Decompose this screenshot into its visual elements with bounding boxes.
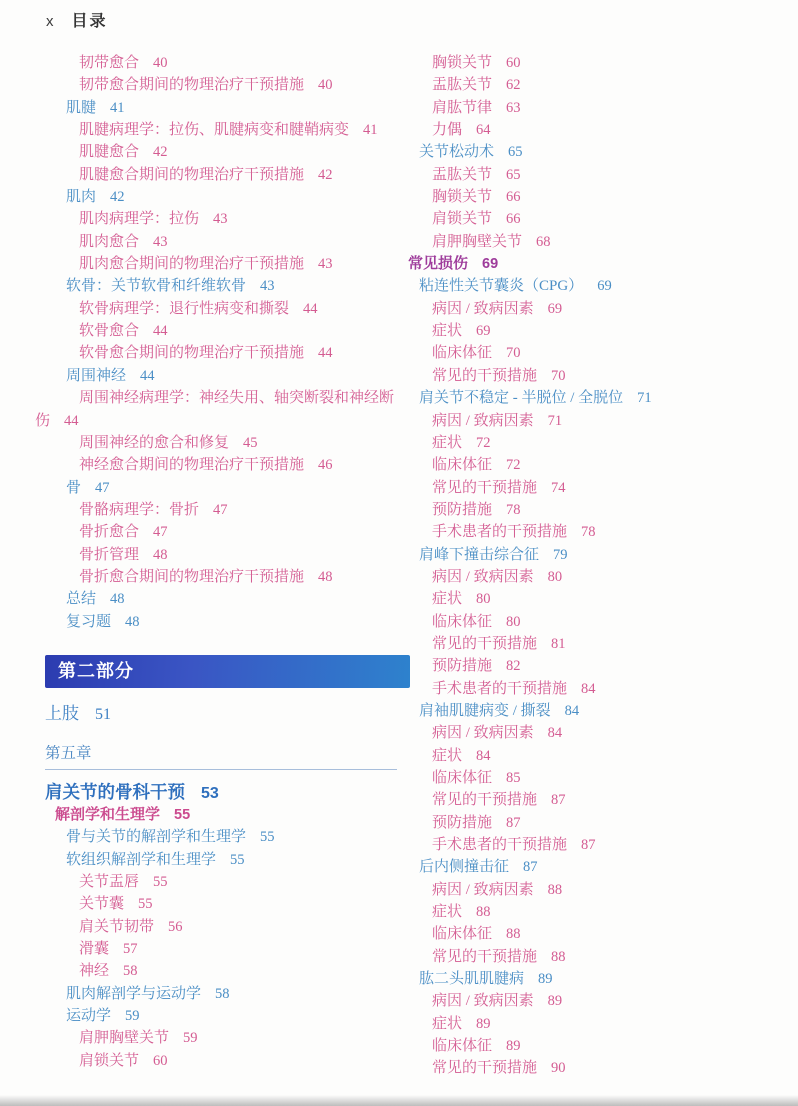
toc-entry-page: 48 (125, 614, 140, 630)
toc-entry-page: 48 (318, 569, 333, 585)
toc-entry-label: 肌腱愈合 (79, 144, 139, 160)
toc-entry: 症状84 (398, 745, 770, 767)
part-title-page: 51 (95, 706, 111, 723)
toc-entry-label: 骨骼病理学：骨折 (79, 502, 199, 518)
toc-entry: 肌腱病理学：拉伤、肌腱病变和腱鞘病变41 (45, 119, 397, 141)
toc-entry: 肩胛胸壁关节59 (45, 1027, 397, 1049)
toc-entry: 症状88 (398, 901, 770, 923)
toc-entry-label: 软骨愈合 (79, 323, 139, 339)
toc-entry: 运动学59 (45, 1005, 397, 1027)
toc-entry-label: 病因 / 致病因素 (432, 569, 534, 585)
toc-entry: 常见的干预措施90 (398, 1057, 770, 1079)
toc-entry-page: 85 (506, 770, 521, 786)
toc-entry-page: 44 (153, 323, 168, 339)
toc-entry-label: 软骨：关节软骨和纤维软骨 (66, 278, 246, 294)
toc-entry-label: 症状 (432, 323, 462, 339)
toc-entry: 常见损伤69 (398, 253, 770, 275)
toc-entry: 关节盂唇55 (45, 871, 397, 893)
toc-entry: 骨骼病理学：骨折47 (45, 499, 397, 521)
toc-entry: 软骨病理学：退行性病变和撕裂44 (45, 298, 397, 320)
toc-entry-label: 肌腱 (66, 100, 96, 116)
toc-page: x 目录 韧带愈合40韧带愈合期间的物理治疗干预措施40肌腱41肌腱病理学：拉伤… (0, 0, 798, 1106)
toc-entry-page: 46 (318, 457, 333, 473)
toc-entry: 胸锁关节66 (398, 186, 770, 208)
toc-entry: 肩袖肌腱病变 / 撕裂84 (398, 700, 770, 722)
toc-entry-page: 84 (548, 725, 563, 741)
toc-entry: 临床体征80 (398, 611, 770, 633)
toc-entry-page: 82 (506, 658, 521, 674)
toc-entry-label: 常见的干预措施 (432, 949, 537, 965)
toc-entry: 盂肱关节62 (398, 74, 770, 96)
toc-entry-page: 88 (476, 904, 491, 920)
toc-entry: 肩峰下撞击综合征79 (398, 544, 770, 566)
toc-entry-label: 症状 (432, 591, 462, 607)
toc-entry-page: 48 (110, 591, 125, 607)
toc-entry-page: 42 (153, 144, 168, 160)
toc-entry-label: 症状 (432, 748, 462, 764)
toc-entry-label: 预防措施 (432, 502, 492, 518)
toc-entry-label: 关节盂唇 (79, 874, 139, 890)
part-banner: 第二部分 (45, 655, 410, 688)
toc-entry-page: 71 (548, 413, 563, 429)
toc-entry-label: 后内侧撞击征 (419, 859, 509, 875)
toc-entry-label: 常见的干预措施 (432, 636, 537, 652)
toc-entry-page: 68 (536, 234, 551, 250)
toc-entry: 复习题48 (45, 611, 397, 633)
toc-entry-page: 87 (551, 792, 566, 808)
toc-entry: 后内侧撞击征87 (398, 856, 770, 878)
toc-entry-label: 骨折愈合期间的物理治疗干预措施 (79, 569, 304, 585)
toc-entry-page: 44 (303, 301, 318, 317)
toc-entry: 症状72 (398, 432, 770, 454)
toc-entry: 关节囊55 (45, 893, 397, 915)
toc-entry: 韧带愈合40 (45, 52, 397, 74)
toc-entry-page: 70 (506, 345, 521, 361)
toc-entry-label: 肌肉愈合期间的物理治疗干预措施 (79, 256, 304, 272)
toc-entry: 症状89 (398, 1013, 770, 1035)
toc-entry-label: 临床体征 (432, 926, 492, 942)
toc-entry-label: 力偶 (432, 122, 462, 138)
toc-entry: 临床体征89 (398, 1035, 770, 1057)
toc-entry-label: 病因 / 致病因素 (432, 725, 534, 741)
toc-entry: 解剖学和生理学55 (45, 804, 397, 826)
toc-entry-page: 79 (553, 547, 568, 563)
toc-entry-page: 80 (548, 569, 563, 585)
toc-entry: 骨47 (45, 477, 397, 499)
toc-entry-page: 59 (125, 1008, 140, 1024)
toc-entry-label: 肌腱愈合期间的物理治疗干预措施 (79, 167, 304, 183)
toc-entry: 手术患者的干预措施84 (398, 678, 770, 700)
toc-entry-page: 89 (548, 993, 563, 1009)
toc-entry: 周围神经的愈合和修复45 (45, 432, 397, 454)
toc-entry-label: 肩胛胸壁关节 (79, 1030, 169, 1046)
toc-entry-page: 84 (476, 748, 491, 764)
toc-entry-label: 临床体征 (432, 1038, 492, 1054)
toc-entry-label: 周围神经病理学：神经失用、轴突断裂和神经断伤 (35, 390, 394, 428)
toc-entry-page: 47 (213, 502, 228, 518)
toc-entry: 骨折愈合期间的物理治疗干预措施48 (45, 566, 397, 588)
toc-entry-label: 肌肉愈合 (79, 234, 139, 250)
toc-entry-page: 43 (213, 211, 228, 227)
toc-entry-label: 运动学 (66, 1008, 111, 1024)
page-folio: x (46, 13, 54, 30)
toc-entry-label: 神经愈合期间的物理治疗干预措施 (79, 457, 304, 473)
toc-entry: 软骨：关节软骨和纤维软骨43 (45, 275, 397, 297)
toc-entry-label: 周围神经 (66, 368, 126, 384)
toc-entry-label: 滑囊 (79, 941, 109, 957)
toc-entry: 常见的干预措施87 (398, 789, 770, 811)
toc-entry: 骨折管理48 (45, 544, 397, 566)
toc-entry-page: 58 (123, 963, 138, 979)
toc-entry-page: 88 (551, 949, 566, 965)
toc-entry: 肌肉解剖学与运动学58 (45, 983, 397, 1005)
toc-entry: 病因 / 致病因素80 (398, 566, 770, 588)
toc-entry: 手术患者的干预措施78 (398, 521, 770, 543)
page-bottom-scan-shadow (0, 1095, 798, 1106)
toc-entry-label: 关节松动术 (419, 144, 494, 160)
toc-entry-label: 肩肱节律 (432, 100, 492, 116)
toc-entry-page: 71 (637, 390, 652, 406)
toc-entry: 病因 / 致病因素89 (398, 990, 770, 1012)
toc-entry-label: 盂肱关节 (432, 167, 492, 183)
toc-entry-label: 常见的干预措施 (432, 1060, 537, 1076)
toc-entry-page: 87 (506, 815, 521, 831)
toc-entry: 症状80 (398, 588, 770, 610)
toc-entry-page: 88 (506, 926, 521, 942)
toc-entry: 神经愈合期间的物理治疗干预措施46 (45, 454, 397, 476)
toc-entry: 肌肉42 (45, 186, 397, 208)
toc-entry: 病因 / 致病因素84 (398, 722, 770, 744)
toc-entry-label: 常见的干预措施 (432, 368, 537, 384)
toc-entry-label: 盂肱关节 (432, 77, 492, 93)
toc-entry-label: 常见的干预措施 (432, 792, 537, 808)
toc-entry-label: 骨 (66, 480, 81, 496)
toc-entry-label: 总结 (66, 591, 96, 607)
toc-entry-page: 69 (548, 301, 563, 317)
toc-entry-page: 56 (168, 919, 183, 935)
toc-entry: 肌腱41 (45, 97, 397, 119)
toc-entry: 骨与关节的解剖学和生理学55 (45, 826, 397, 848)
toc-entry-page: 43 (318, 256, 333, 272)
toc-entry-label: 常见损伤 (408, 255, 468, 272)
toc-entry-page: 59 (183, 1030, 198, 1046)
toc-entry-page: 69 (476, 323, 491, 339)
toc-entry: 常见的干预措施81 (398, 633, 770, 655)
toc-entry-label: 病因 / 致病因素 (432, 882, 534, 898)
toc-entry-label: 手术患者的干预措施 (432, 681, 567, 697)
part-title: 上肢51 (45, 699, 397, 724)
toc-entry: 滑囊57 (45, 938, 397, 960)
toc-entry-label: 胸锁关节 (432, 55, 492, 71)
toc-entry: 关节松动术65 (398, 141, 770, 163)
toc-entry-page: 43 (260, 278, 275, 294)
toc-entry-label: 临床体征 (432, 345, 492, 361)
toc-entry-page: 41 (363, 122, 378, 138)
part-title-label: 上肢 (45, 704, 79, 723)
toc-entry: 肌肉病理学：拉伤43 (45, 208, 397, 230)
toc-entry-page: 55 (260, 829, 275, 845)
toc-entry-page: 41 (110, 100, 125, 116)
toc-entry: 胸锁关节60 (398, 52, 770, 74)
toc-entry-page: 89 (506, 1038, 521, 1054)
toc-entry-page: 60 (506, 55, 521, 71)
toc-entry-page: 80 (506, 614, 521, 630)
toc-entry-page: 89 (476, 1016, 491, 1032)
toc-entry-page: 66 (506, 189, 521, 205)
toc-entry: 肩关节韧带56 (45, 916, 397, 938)
toc-entry-label: 病因 / 致病因素 (432, 993, 534, 1009)
toc-entry: 软骨愈合期间的物理治疗干预措施44 (45, 342, 397, 364)
toc-entry-label: 肌肉 (66, 189, 96, 205)
toc-entry-page: 66 (506, 211, 521, 227)
toc-entry-label: 临床体征 (432, 457, 492, 473)
toc-entry-label: 肩关节韧带 (79, 919, 154, 935)
toc-entry: 常见的干预措施88 (398, 946, 770, 968)
toc-entry-label: 韧带愈合 (79, 55, 139, 71)
toc-entry: 总结48 (45, 588, 397, 610)
toc-entry-label: 临床体征 (432, 770, 492, 786)
chapter-title-page: 53 (201, 785, 219, 802)
toc-entry-page: 74 (551, 480, 566, 496)
toc-entry-page: 69 (597, 278, 612, 294)
toc-entry: 肱二头肌肌腱病89 (398, 968, 770, 990)
toc-entry: 肩锁关节66 (398, 208, 770, 230)
toc-entry: 粘连性关节囊炎（CPG）69 (398, 275, 770, 297)
toc-entry: 肌腱愈合42 (45, 141, 397, 163)
toc-entry-page: 44 (318, 345, 333, 361)
toc-entry: 临床体征72 (398, 454, 770, 476)
toc-entry-page: 88 (548, 882, 563, 898)
toc-entry-page: 80 (476, 591, 491, 607)
toc-entry-label: 肌腱病理学：拉伤、肌腱病变和腱鞘病变 (79, 122, 349, 138)
toc-entry-label: 手术患者的干预措施 (432, 837, 567, 853)
toc-list-chapter5: 解剖学和生理学55骨与关节的解剖学和生理学55软组织解剖学和生理学55关节盂唇5… (45, 804, 397, 1072)
toc-entry: 临床体征85 (398, 767, 770, 789)
toc-entry: 肌肉愈合期间的物理治疗干预措施43 (45, 253, 397, 275)
toc-entry-page: 72 (506, 457, 521, 473)
toc-entry: 预防措施82 (398, 655, 770, 677)
toc-entry: 软骨愈合44 (45, 320, 397, 342)
chapter-title-label: 肩关节的骨科干预 (45, 782, 185, 802)
toc-entry-page: 42 (110, 189, 125, 205)
toc-entry-page: 57 (123, 941, 138, 957)
toc-entry-label: 胸锁关节 (432, 189, 492, 205)
toc-entry-page: 87 (581, 837, 596, 853)
toc-entry: 肌腱愈合期间的物理治疗干预措施42 (45, 164, 397, 186)
toc-entry-page: 43 (153, 234, 168, 250)
toc-entry: 神经58 (45, 960, 397, 982)
toc-entry-page: 47 (95, 480, 110, 496)
toc-entry-page: 78 (581, 524, 596, 540)
toc-entry: 症状69 (398, 320, 770, 342)
toc-entry-label: 肱二头肌肌腱病 (419, 971, 524, 987)
toc-entry: 临床体征88 (398, 923, 770, 945)
toc-entry-label: 肌肉解剖学与运动学 (66, 986, 201, 1002)
toc-entry-page: 55 (153, 874, 168, 890)
toc-entry: 病因 / 致病因素69 (398, 298, 770, 320)
page-title: 目录 (72, 8, 108, 31)
toc-entry-page: 40 (318, 77, 333, 93)
toc-entry-page: 65 (506, 167, 521, 183)
toc-entry-page: 55 (174, 807, 190, 823)
toc-entry-label: 软组织解剖学和生理学 (66, 852, 216, 868)
toc-entry: 预防措施87 (398, 812, 770, 834)
toc-entry-label: 预防措施 (432, 658, 492, 674)
toc-entry-page: 64 (476, 122, 491, 138)
toc-entry-label: 软骨病理学：退行性病变和撕裂 (79, 301, 289, 317)
toc-entry-label: 软骨愈合期间的物理治疗干预措施 (79, 345, 304, 361)
toc-entry: 常见的干预措施74 (398, 477, 770, 499)
toc-entry-page: 55 (138, 896, 153, 912)
toc-entry-label: 手术患者的干预措施 (432, 524, 567, 540)
toc-entry: 盂肱关节65 (398, 164, 770, 186)
toc-entry: 肩胛胸壁关节68 (398, 231, 770, 253)
toc-entry-label: 肩峰下撞击综合征 (419, 547, 539, 563)
toc-entry-page: 89 (538, 971, 553, 987)
toc-entry-page: 48 (153, 547, 168, 563)
toc-entry-page: 90 (551, 1060, 566, 1076)
toc-entry-page: 87 (523, 859, 538, 875)
toc-entry-page: 72 (476, 435, 491, 451)
toc-entry-label: 解剖学和生理学 (55, 806, 160, 823)
toc-entry: 临床体征70 (398, 342, 770, 364)
toc-entry-label: 病因 / 致病因素 (432, 301, 534, 317)
toc-entry-page: 44 (64, 413, 79, 429)
toc-entry-label: 肩锁关节 (432, 211, 492, 227)
toc-entry-label: 韧带愈合期间的物理治疗干预措施 (79, 77, 304, 93)
toc-entry-page: 70 (551, 368, 566, 384)
toc-entry: 病因 / 致病因素71 (398, 410, 770, 432)
toc-entry-label: 病因 / 致病因素 (432, 413, 534, 429)
chapter-label: 第五章 (45, 741, 397, 770)
toc-entry-label: 肩袖肌腱病变 / 撕裂 (419, 703, 551, 719)
toc-entry-label: 症状 (432, 435, 462, 451)
toc-entry-page: 55 (230, 852, 245, 868)
toc-entry-label: 复习题 (66, 614, 111, 630)
toc-entry-page: 62 (506, 77, 521, 93)
toc-entry: 骨折愈合47 (45, 521, 397, 543)
toc-entry: 手术患者的干预措施87 (398, 834, 770, 856)
toc-entry-label: 肩关节不稳定 - 半脱位 / 全脱位 (419, 390, 623, 406)
toc-entry: 韧带愈合期间的物理治疗干预措施40 (45, 74, 397, 96)
toc-entry: 软组织解剖学和生理学55 (45, 849, 397, 871)
toc-entry-label: 骨与关节的解剖学和生理学 (66, 829, 246, 845)
toc-entry-page: 47 (153, 524, 168, 540)
toc-entry-label: 常见的干预措施 (432, 480, 537, 496)
toc-entry: 常见的干预措施70 (398, 365, 770, 387)
running-head: x 目录 (46, 8, 108, 31)
toc-entry-label: 骨折愈合 (79, 524, 139, 540)
toc-entry-page: 58 (215, 986, 230, 1002)
toc-entry-label: 神经 (79, 963, 109, 979)
toc-entry-label: 骨折管理 (79, 547, 139, 563)
toc-entry-label: 周围神经的愈合和修复 (79, 435, 229, 451)
toc-entry: 周围神经病理学：神经失用、轴突断裂和神经断伤44 (35, 387, 397, 432)
toc-entry: 肌肉愈合43 (45, 231, 397, 253)
toc-entry-page: 63 (506, 100, 521, 116)
toc-entry-page: 84 (565, 703, 580, 719)
toc-entry: 肩肱节律63 (398, 97, 770, 119)
toc-entry: 肩锁关节60 (45, 1050, 397, 1072)
toc-entry-page: 60 (153, 1053, 168, 1069)
toc-list-chapter4-tail: 韧带愈合40韧带愈合期间的物理治疗干预措施40肌腱41肌腱病理学：拉伤、肌腱病变… (45, 52, 397, 633)
toc-entry: 预防措施78 (398, 499, 770, 521)
toc-entry-page: 45 (243, 435, 258, 451)
toc-entry-page: 40 (153, 55, 168, 71)
toc-entry-label: 症状 (432, 1016, 462, 1032)
toc-entry: 肩关节不稳定 - 半脱位 / 全脱位71 (398, 387, 770, 409)
chapter-title: 肩关节的骨科干预53 (45, 779, 397, 804)
toc-entry-label: 关节囊 (79, 896, 124, 912)
toc-entry: 病因 / 致病因素88 (398, 879, 770, 901)
toc-column-left: 韧带愈合40韧带愈合期间的物理治疗干预措施40肌腱41肌腱病理学：拉伤、肌腱病变… (45, 52, 397, 1072)
toc-entry: 力偶64 (398, 119, 770, 141)
toc-entry-label: 肩锁关节 (79, 1053, 139, 1069)
toc-entry-label: 预防措施 (432, 815, 492, 831)
toc-entry-label: 肌肉病理学：拉伤 (79, 211, 199, 227)
toc-entry: 周围神经44 (45, 365, 397, 387)
toc-entry-label: 粘连性关节囊炎（CPG） (419, 278, 583, 294)
toc-entry-label: 症状 (432, 904, 462, 920)
toc-entry-page: 78 (506, 502, 521, 518)
toc-entry-page: 69 (482, 256, 498, 272)
toc-entry-label: 临床体征 (432, 614, 492, 630)
toc-entry-page: 65 (508, 144, 523, 160)
toc-list-right: 胸锁关节60盂肱关节62肩肱节律63力偶64关节松动术65盂肱关节65胸锁关节6… (398, 52, 770, 1080)
toc-entry-page: 81 (551, 636, 566, 652)
toc-entry-page: 44 (140, 368, 155, 384)
toc-column-right: 胸锁关节60盂肱关节62肩肱节律63力偶64关节松动术65盂肱关节65胸锁关节6… (398, 52, 770, 1080)
toc-entry-page: 84 (581, 681, 596, 697)
toc-entry-page: 42 (318, 167, 333, 183)
toc-entry-label: 肩胛胸壁关节 (432, 234, 522, 250)
